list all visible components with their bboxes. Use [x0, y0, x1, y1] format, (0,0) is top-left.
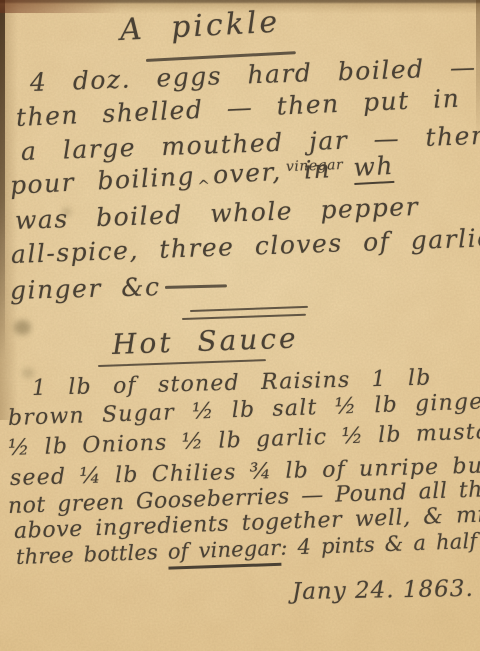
etc-flourish-line: [164, 284, 226, 289]
date-line: Jany 24. 1863.: [292, 576, 474, 605]
section-divider-line-1: [190, 306, 308, 312]
pickle-line4-before: pour boiling: [9, 161, 195, 200]
hotsauce-title: Hot Sauce: [111, 321, 299, 360]
section-divider-line-2: [182, 314, 306, 320]
pickle-line7-text: ginger &c: [10, 272, 161, 305]
pickle-title: A pickle: [119, 5, 281, 48]
pickle-line4-abbrev: wh: [353, 151, 395, 185]
insertion-caret: ^: [197, 176, 212, 195]
page-left-edge: [0, 0, 5, 360]
hotsauce-line7-before: three bottles: [16, 540, 159, 569]
stain-spot: [14, 320, 31, 335]
page-top-left-corner-shadow: [0, 0, 120, 13]
pickle-line4-after: over, in: [212, 154, 332, 189]
pickle-line-7: ginger &c: [10, 270, 227, 305]
hotsauce-line7-underlined: of vinegar: [167, 536, 281, 570]
manuscript-page: A pickle 4 doz. eggs hard boiled — then …: [0, 0, 480, 651]
